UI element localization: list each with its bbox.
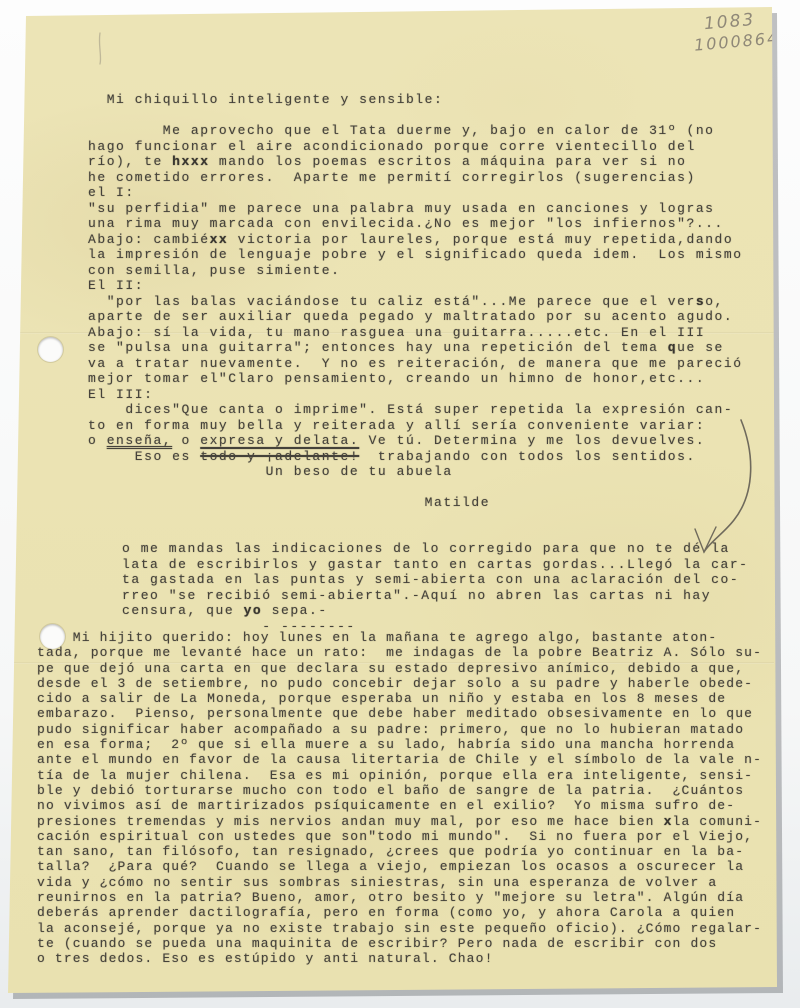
letter-line: "por las balas vaciándose tu caliz está"… (88, 294, 743, 310)
letter-text-segment: Un beso de tu abuela (88, 464, 453, 479)
letter-text-segment: con semilla, puse simiente. (88, 263, 340, 278)
letter-line: El II: (88, 278, 743, 294)
letter-text-segment: mando los poemas escritos a máquina para… (210, 154, 687, 169)
letter-text-segment: en esa forma; 2º que si ella muere a su … (37, 737, 735, 752)
letter-line: Mi hijito querido: hoy lunes en la mañan… (37, 630, 762, 645)
letter-text-segment: Matilde (88, 495, 490, 510)
letter-line: tía de la mujer chilena. Esa es mi opini… (37, 768, 762, 783)
letter-line: la aconsejé, porque ya no existe trabajo… (37, 921, 762, 936)
letter-line: Un beso de tu abuela (88, 464, 743, 480)
letter-text-segment: Abajo: sí la vida, tu mano rasguea una g… (88, 325, 705, 340)
letter-text-segment: victoria por laureles, porque está muy r… (228, 232, 733, 247)
letter-block-postscript: o me mandas las indicaciones de lo corre… (122, 541, 749, 634)
letter-text-segment: se "pulsa una guitarra"; entonces hay un… (88, 340, 668, 355)
letter-line: pe que dejó una carta en que declara su … (37, 661, 762, 676)
letter-line: una rima muy marcada con envilecida.¿No … (88, 216, 743, 232)
letter-text-segment: he cometido errores. Aparte me permití c… (88, 170, 696, 185)
letter-line: censura, que yo sepa.- (122, 603, 749, 619)
letter-line: o me mandas las indicaciones de lo corre… (122, 541, 749, 557)
letter-line: tan sano, tan filósofo, tan resignado, ¿… (37, 844, 762, 859)
letter-text-segment: El II: (88, 278, 144, 293)
letter-line: pudo significar haber acompañado a su pa… (37, 722, 762, 737)
letter-text-segment: la comuni- (673, 814, 763, 829)
letter-text-segment: Mi chiquillo inteligente y sensible: (88, 92, 443, 107)
letter-text-segment: ble y debió torturarse mucho con todo el… (37, 783, 744, 798)
letter-text-segment: tía de la mujer chilena. Esa es mi opini… (37, 768, 753, 783)
letter-line (88, 108, 743, 124)
letter-line: cación espiritual con ustedes que son"to… (37, 829, 762, 844)
letter-line: o tres dedos. Eso es estúpido y anti nat… (37, 951, 762, 966)
letter-text-segment: Ve tú. Determina y me los devuelves. (359, 433, 705, 448)
letter-block-second-note: Mi hijito querido: hoy lunes en la mañan… (37, 630, 762, 967)
letter-line: con semilla, puse simiente. (88, 263, 743, 279)
letter-paper-sheet: 1083 1000864 Mi chiquillo inteligente y … (0, 0, 800, 1008)
letter-text-segment: o (172, 433, 200, 448)
letter-line: vida y ¿cómo no sentir sus sombras sinie… (37, 875, 762, 890)
letter-text-segment: o me mandas las indicaciones de lo corre… (122, 541, 730, 556)
letter-line: Matilde (88, 495, 743, 511)
letter-line: ble y debió torturarse mucho con todo el… (37, 783, 762, 798)
letter-text-segment-uu: enseña, (107, 433, 172, 448)
letter-text-segment-b: q (668, 340, 677, 355)
letter-text-segment: sepa.- (262, 603, 327, 618)
letter-text-segment: Abajo: cambié (88, 232, 210, 247)
letter-text-segment: censura, que (122, 603, 244, 618)
letter-text-segment-b: s (696, 294, 705, 309)
letter-text-segment-b: yo (244, 603, 263, 618)
letter-text-segment: pe que dejó una carta en que declara su … (37, 661, 744, 676)
letter-text-segment: o (88, 433, 107, 448)
letter-text-segment: o, (705, 294, 724, 309)
letter-line: dices"Que canta o imprime". Está super r… (88, 402, 743, 418)
letter-line: to en forma muy bella y reiterada y allí… (88, 418, 743, 434)
letter-line: Abajo: sí la vida, tu mano rasguea una g… (88, 325, 743, 341)
letter-text-segment: El III: (88, 387, 153, 402)
letter-text-segment: trabajando con todos los sentidos. (359, 449, 696, 464)
letter-text-segment: embarazo. Pienso, personalmente que debe… (37, 706, 753, 721)
letter-line: desde el 3 de setiembre, no pudo concebi… (37, 676, 762, 691)
letter-text-segment: una rima muy marcada con envilecida.¿No … (88, 216, 724, 231)
letter-text-segment: lata de escribirlos y gastar tanto en ca… (122, 557, 749, 572)
letter-text-segment: "por las balas vaciándose tu caliz está"… (88, 294, 696, 309)
letter-text-segment: dices"Que canta o imprime". Está super r… (88, 402, 733, 417)
letter-line: El III: (88, 387, 743, 403)
letter-text-segment: Me aprovecho que el Tata duerme y, bajo … (88, 123, 715, 138)
letter-line: aparte de ser auxiliar queda pegado y ma… (88, 309, 743, 325)
letter-text-segment-b: x (664, 814, 673, 829)
letter-text-segment: cación espiritual con ustedes que son"to… (37, 829, 753, 844)
letter-line: va a tratar nuevamente. Y no es reiterac… (88, 356, 743, 372)
letter-text-segment: la impresión de lenguaje pobre y el sign… (88, 247, 743, 262)
letter-text-segment: ante el mundo en favor de la causa liter… (37, 752, 762, 767)
letter-text-segment: ta gastada en las puntas y semi-abierta … (122, 572, 739, 587)
letter-line: Mi chiquillo inteligente y sensible: (88, 92, 743, 108)
letter-line: he cometido errores. Aparte me permití c… (88, 170, 743, 186)
letter-text-segment-s: todo y ¡adelante! (200, 449, 359, 464)
letter-line: presiones tremendas y mis nervios andan … (37, 814, 762, 829)
letter-line: la impresión de lenguaje pobre y el sign… (88, 247, 743, 263)
letter-line: cido a salir de La Moneda, porque espera… (37, 691, 762, 706)
letter-text-segment: no vivimos así de martirizados psíquicam… (37, 798, 735, 813)
letter-text-segment: aparte de ser auxiliar queda pegado y ma… (88, 309, 733, 324)
letter-text-segment: Eso es (88, 449, 200, 464)
letter-text-segment: pudo significar haber acompañado a su pa… (37, 722, 744, 737)
letter-line: embarazo. Pienso, personalmente que debe… (37, 706, 762, 721)
letter-text-segment: deberás aprender dactilografía, pero en … (37, 905, 735, 920)
letter-text-segment-b: hxxx (172, 154, 209, 169)
letter-text-segment: el I: (88, 185, 135, 200)
letter-line: reunirnos en la patria? Bueno, amor, otr… (37, 890, 762, 905)
letter-line: deberás aprender dactilografía, pero en … (37, 905, 762, 920)
letter-text-segment: tada, porque me levanté hace un rato: me… (37, 645, 762, 660)
letter-text-segment: te (cuando se pueda una maquinita de esc… (37, 936, 717, 951)
letter-text-segment: ue se (677, 340, 724, 355)
letter-line: ta gastada en las puntas y semi-abierta … (122, 572, 749, 588)
letter-line: río), te hxxx mando los poemas escritos … (88, 154, 743, 170)
letter-block-main-letter: Mi chiquillo inteligente y sensible: Me … (88, 92, 743, 511)
letter-text-segment: va a tratar nuevamente. Y no es reiterac… (88, 356, 743, 371)
letter-line (88, 480, 743, 496)
letter-text-segment: talla? ¿Para qué? Cuando se llega a viej… (37, 859, 744, 874)
letter-text-segment: hago funcionar el aire acondicionado por… (88, 139, 696, 154)
letter-line: te (cuando se pueda una maquinita de esc… (37, 936, 762, 951)
letter-line: Abajo: cambiéxx victoria por laureles, p… (88, 232, 743, 248)
letter-line: ante el mundo en favor de la causa liter… (37, 752, 762, 767)
letter-line: tada, porque me levanté hace un rato: me… (37, 645, 762, 660)
letter-line: lata de escribirlos y gastar tanto en ca… (122, 557, 749, 573)
letter-line: se "pulsa una guitarra"; entonces hay un… (88, 340, 743, 356)
letter-text-segment-b: xx (210, 232, 229, 247)
letter-text-segment: "su perfidia" me parece una palabra muy … (88, 201, 715, 216)
letter-line: rreo "se recibió semi-abierta".-Aquí no … (122, 588, 749, 604)
punch-hole-top (38, 337, 63, 362)
faint-pencil-mark (99, 33, 100, 64)
letter-text-segment: la aconsejé, porque ya no existe trabajo… (37, 921, 762, 936)
letter-line: o enseña, o expresa y delata. Ve tú. Det… (88, 433, 743, 449)
letter-text-segment: río), te (88, 154, 172, 169)
letter-text-segment-u: expresa y delata. (200, 433, 359, 448)
letter-text-segment: o tres dedos. Eso es estúpido y anti nat… (37, 951, 494, 966)
letter-text-segment: tan sano, tan filósofo, tan resignado, ¿… (37, 844, 744, 859)
letter-line: el I: (88, 185, 743, 201)
letter-line: talla? ¿Para qué? Cuando se llega a viej… (37, 859, 762, 874)
letter-line: no vivimos así de martirizados psíquicam… (37, 798, 762, 813)
letter-text-segment: mejor tomar el"Claro pensamiento, creand… (88, 371, 705, 386)
letter-line: Eso es todo y ¡adelante! trabajando con … (88, 449, 743, 465)
letter-text-segment: cido a salir de La Moneda, porque espera… (37, 691, 726, 706)
letter-line: en esa forma; 2º que si ella muere a su … (37, 737, 762, 752)
letter-line: Me aprovecho que el Tata duerme y, bajo … (88, 123, 743, 139)
letter-text-segment: desde el 3 de setiembre, no pudo concebi… (37, 676, 753, 691)
letter-text-segment: rreo "se recibió semi-abierta".-Aquí no … (122, 588, 711, 603)
letter-text-segment: presiones tremendas y mis nervios andan … (37, 814, 664, 829)
letter-line: mejor tomar el"Claro pensamiento, creand… (88, 371, 743, 387)
letter-text-segment: vida y ¿cómo no sentir sus sombras sinie… (37, 875, 717, 890)
letter-line: "su perfidia" me parece una palabra muy … (88, 201, 743, 217)
letter-text-segment: reunirnos en la patria? Bueno, amor, otr… (37, 890, 744, 905)
photographed-letter-page: 1083 1000864 Mi chiquillo inteligente y … (0, 0, 800, 1008)
letter-text-segment: to en forma muy bella y reiterada y allí… (88, 418, 705, 433)
letter-text-segment: Mi hijito querido: hoy lunes en la mañan… (37, 630, 717, 645)
letter-line: hago funcionar el aire acondicionado por… (88, 139, 743, 155)
